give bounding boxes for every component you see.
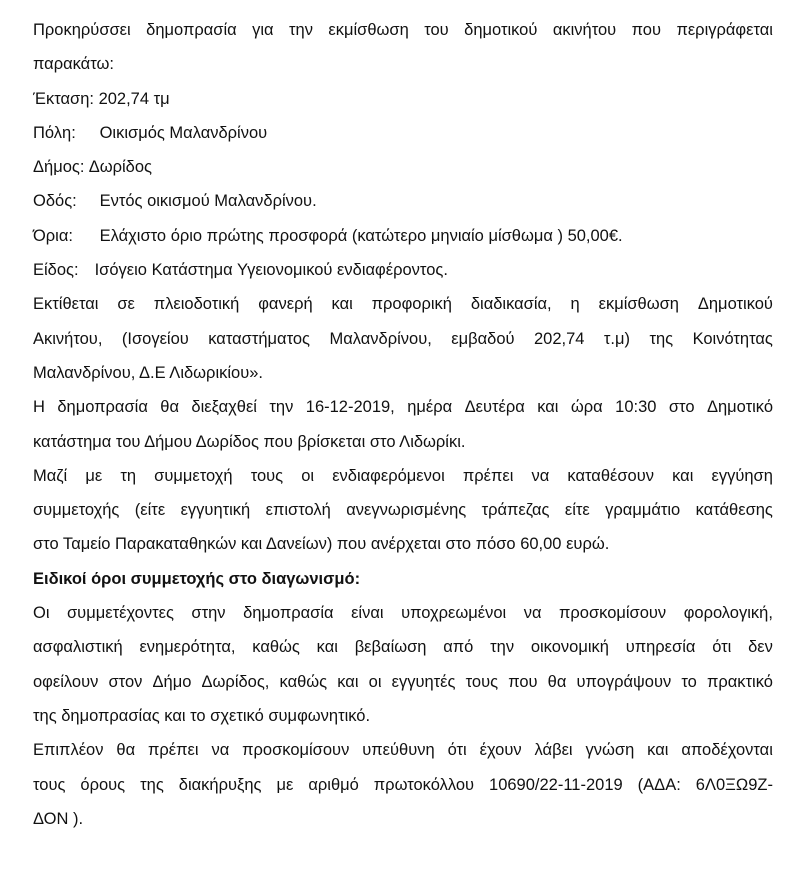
word: εκμίσθωση [328, 13, 408, 47]
word: Οι [33, 596, 50, 630]
auction-desc-line-3: Μαλανδρίνου, Δ.Ε Λιδωρικίου». [33, 356, 773, 390]
word: προσκομίσουν [559, 596, 666, 630]
word: θα [160, 390, 179, 424]
field-limits: Όρια: Ελάχιστο όριο πρώτης προσφορά (κατ… [33, 219, 773, 253]
word: καταθέσουν [567, 459, 654, 493]
special-terms-line-3: οφείλουνστονΔήμοΔωρίδος,καθώςκαιοιεγγυητ… [33, 665, 773, 699]
word: συμμετοχή [154, 459, 232, 493]
field-label-area: Έκταση: [33, 82, 94, 116]
word: ανεγνωρισμένης [346, 493, 466, 527]
word: σε [117, 287, 135, 321]
word: ασφαλιστική [33, 630, 123, 664]
word: από [443, 630, 473, 664]
word: τους [251, 459, 283, 493]
word: Επιπλέον [33, 733, 103, 767]
word: 10690/22-11-2019 [489, 768, 623, 802]
word: δεν [748, 630, 773, 664]
intro-line-2: παρακάτω: [33, 47, 773, 81]
field-label-limits: Όρια: [33, 219, 95, 253]
word: και [337, 665, 358, 699]
word: οικονομική [531, 630, 609, 664]
word: με [85, 459, 102, 493]
word: κατάθεσης [696, 493, 773, 527]
word: η [571, 287, 580, 321]
word: προφορική [372, 287, 452, 321]
word: φανερή [258, 287, 312, 321]
field-label-street: Οδός: [33, 184, 95, 218]
special-terms-line-4: της δημοπρασίας και το σχετικό συμφωνητι… [33, 699, 773, 733]
word: επιστολή [266, 493, 331, 527]
word: να [524, 596, 542, 630]
word: της [649, 322, 673, 356]
guarantee-line-2: συμμετοχής(είτεεγγυητικήεπιστολήανεγνωρι… [33, 493, 773, 527]
field-value-city: Οικισμός Μαλανδρίνου [100, 124, 268, 142]
word: ότι [448, 733, 467, 767]
word: του [424, 13, 448, 47]
word: Δωρίδος, [202, 665, 270, 699]
word: Δημοτικού [698, 287, 773, 321]
word: έχουν [480, 733, 522, 767]
word: Δήμο [153, 665, 192, 699]
word: εμβαδού [451, 322, 514, 356]
word: εγγυητική [181, 493, 251, 527]
word: και [317, 630, 338, 664]
field-city: Πόλη: Οικισμός Μαλανδρίνου [33, 116, 773, 150]
word: την [269, 390, 293, 424]
word: δημοτικού [464, 13, 537, 47]
word: διαδικασία, [471, 287, 552, 321]
word: τράπεζας [482, 493, 550, 527]
field-label-type: Είδος: [33, 253, 90, 287]
word: περιγράφεται [676, 13, 773, 47]
word: είναι [351, 596, 383, 630]
word: πρωτοκόλλου [374, 768, 474, 802]
special-terms-heading: Ειδικοί όροι συμμετοχής στο διαγωνισμό: [33, 562, 773, 596]
word: να [532, 459, 550, 493]
word: Κοινότητας [693, 322, 773, 356]
word: τη [120, 459, 136, 493]
special-terms-line-1: Οισυμμετέχοντεςστηνδημοπρασίαείναιυποχρε… [33, 596, 773, 630]
word: λάβει [535, 733, 573, 767]
additional-line-3: ΔΟΝ ). [33, 802, 773, 836]
word: Μαλανδρίνου, [329, 322, 431, 356]
guarantee-line-1: Μαζίμετησυμμετοχήτουςοιενδιαφερόμενοιπρέ… [33, 459, 773, 493]
word: στο [669, 390, 695, 424]
word: Ακινήτου, [33, 322, 102, 356]
word: τ.μ) [604, 322, 630, 356]
word: υπογράψουν [577, 665, 672, 699]
word: ώρα [571, 390, 603, 424]
word: οφείλουν [33, 665, 98, 699]
auction-desc-line-2: Ακινήτου,(ΙσογείουκαταστήματοςΜαλανδρίνο… [33, 322, 773, 356]
word: Η [33, 390, 45, 424]
word: φορολογική, [684, 596, 773, 630]
word: και [647, 733, 668, 767]
word: γραμμάτιο [605, 493, 680, 527]
word: Μαζί [33, 459, 67, 493]
word: και [537, 390, 558, 424]
word: αποδέχονται [681, 733, 773, 767]
word: εγγύηση [711, 459, 772, 493]
word: δημοπρασία [57, 390, 148, 424]
word: (είτε [135, 493, 165, 527]
word: πρακτικό [707, 665, 773, 699]
word: καθώς [280, 665, 328, 699]
word: που [508, 665, 537, 699]
word: οι [369, 665, 382, 699]
field-type: Είδος: Ισόγειο Κατάστημα Υγειονομικού εν… [33, 253, 773, 287]
word: Εκτίθεται [33, 287, 98, 321]
guarantee-line-3: στο Ταμείο Παρακαταθηκών και Δανείων) πο… [33, 527, 773, 561]
additional-line-1: Επιπλέονθαπρέπειναπροσκομίσουνυπεύθυνηότ… [33, 733, 773, 767]
word: πρέπει [463, 459, 514, 493]
word: όρους [80, 768, 125, 802]
word: πλειοδοτική [154, 287, 240, 321]
document-page: Προκηρύσσειδημοπρασίαγιατηνεκμίσθωσητουδ… [33, 13, 773, 836]
word: και [332, 287, 353, 321]
word: που [632, 13, 661, 47]
word: την [289, 13, 313, 47]
word: τους [466, 665, 498, 699]
word: για [252, 13, 273, 47]
word: συμμετοχής [33, 493, 119, 527]
word: ενδιαφερόμενοι [332, 459, 445, 493]
word: τους [33, 768, 65, 802]
word: (Ισογείου [122, 322, 189, 356]
word: είτε [565, 493, 590, 527]
field-value-street: Εντός οικισμού Μαλανδρίνου. [100, 192, 317, 210]
word: προσκομίσουν [242, 733, 349, 767]
word: στον [108, 665, 142, 699]
word: 10:30 [615, 390, 656, 424]
additional-line-2: τουςόρουςτηςδιακήρυξηςμεαριθμόπρωτοκόλλο… [33, 768, 773, 802]
word: υπεύθυνη [362, 733, 434, 767]
word: αριθμό [308, 768, 358, 802]
auction-desc-line-1: Εκτίθεταισεπλειοδοτικήφανερήκαιπροφορική… [33, 287, 773, 321]
auction-date-line-1: Ηδημοπρασίαθαδιεξαχθείτην16-12-2019,ημέρ… [33, 390, 773, 424]
word: δημοπρασία [146, 13, 237, 47]
word: 6Λ0ΞΩ9Ζ- [696, 768, 773, 802]
field-street: Οδός: Εντός οικισμού Μαλανδρίνου. [33, 184, 773, 218]
word: με [277, 768, 294, 802]
word: την [490, 630, 514, 664]
word: υπηρεσία [626, 630, 696, 664]
word: διακήρυξης [179, 768, 262, 802]
word: διεξαχθεί [191, 390, 257, 424]
word: 202,74 [534, 322, 584, 356]
field-label-city: Πόλη: [33, 116, 95, 150]
word: πρέπει [148, 733, 199, 767]
word: συμμετέχοντες [67, 596, 174, 630]
field-area: Έκταση: 202,74 τμ [33, 82, 773, 116]
word: το [681, 665, 696, 699]
word: δημοπρασία [243, 596, 334, 630]
word: εκμίσθωση [599, 287, 679, 321]
word: εγγυητές [392, 665, 456, 699]
word: βεβαίωση [355, 630, 427, 664]
word: θα [116, 733, 135, 767]
word: γνώση [586, 733, 635, 767]
special-terms-line-2: ασφαλιστικήενημερότητα,καθώςκαιβεβαίωσηα… [33, 630, 773, 664]
word: καταστήματος [208, 322, 310, 356]
word: ακινήτου [553, 13, 616, 47]
field-value-municipality: Δωρίδος [89, 158, 152, 176]
word: ημέρα [407, 390, 452, 424]
word: θα [548, 665, 567, 699]
word: καθώς [252, 630, 300, 664]
field-label-municipality: Δήμος: [33, 150, 85, 184]
field-municipality: Δήμος: Δωρίδος [33, 150, 773, 184]
word: υποχρεωμένοι [401, 596, 506, 630]
word: Δευτέρα [465, 390, 525, 424]
word: στην [191, 596, 225, 630]
word: και [672, 459, 693, 493]
word: ότι [712, 630, 731, 664]
word: της [140, 768, 164, 802]
field-value-limits: Ελάχιστο όριο πρώτης προσφορά (κατώτερο … [100, 227, 623, 245]
word: ενημερότητα, [139, 630, 235, 664]
word: να [211, 733, 229, 767]
word: Δημοτικό [707, 390, 773, 424]
word: Προκηρύσσει [33, 13, 131, 47]
field-value-type: Ισόγειο Κατάστημα Υγειονομικού ενδιαφέρο… [95, 261, 448, 279]
auction-date-line-2: κατάστημα του Δήμου Δωρίδος που βρίσκετα… [33, 425, 773, 459]
field-value-area: 202,74 τμ [99, 90, 170, 108]
word: οι [301, 459, 314, 493]
intro-line-1: Προκηρύσσειδημοπρασίαγιατηνεκμίσθωσητουδ… [33, 13, 773, 47]
word: 16-12-2019, [306, 390, 395, 424]
word: (ΑΔΑ: [638, 768, 681, 802]
